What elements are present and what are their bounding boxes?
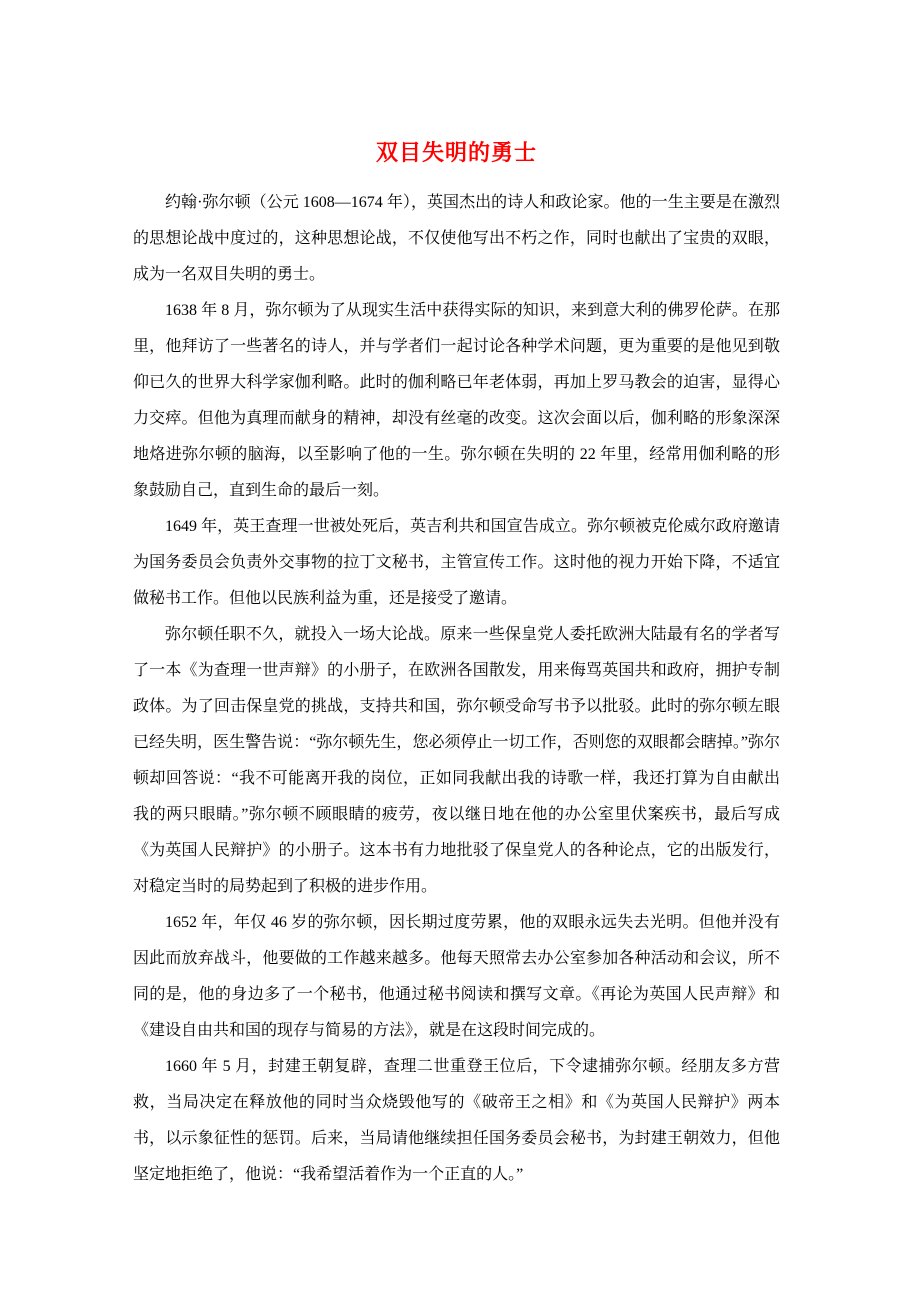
- paragraph-intro: 约翰·弥尔顿（公元 1608—1674 年），英国杰出的诗人和政论家。他的一生主…: [133, 185, 780, 293]
- document-title: 双目失明的勇士: [133, 135, 780, 171]
- paragraph-debate: 弥尔顿任职不久，就投入一场大论战。原来一些保皇党人委托欧洲大陆最有名的学者写了一…: [133, 617, 780, 905]
- paragraph-1660-restoration: 1660 年 5 月，封建王朝复辟，查理二世重登王位后，下令逮捕弥尔顿。经朋友多…: [133, 1049, 780, 1193]
- document-page: 双目失明的勇士 约翰·弥尔顿（公元 1608—1674 年），英国杰出的诗人和政…: [0, 0, 920, 1302]
- paragraph-1652-blind: 1652 年，年仅 46 岁的弥尔顿，因长期过度劳累，他的双眼永远失去光明。但他…: [133, 905, 780, 1049]
- paragraph-1649-secretary: 1649 年，英王查理一世被处死后，英吉利共和国宣告成立。弥尔顿被克伦威尔政府邀…: [133, 509, 780, 617]
- document-content: 双目失明的勇士 约翰·弥尔顿（公元 1608—1674 年），英国杰出的诗人和政…: [133, 135, 780, 1193]
- paragraph-1638-italy: 1638 年 8 月，弥尔顿为了从现实生活中获得实际的知识，来到意大利的佛罗伦萨…: [133, 293, 780, 509]
